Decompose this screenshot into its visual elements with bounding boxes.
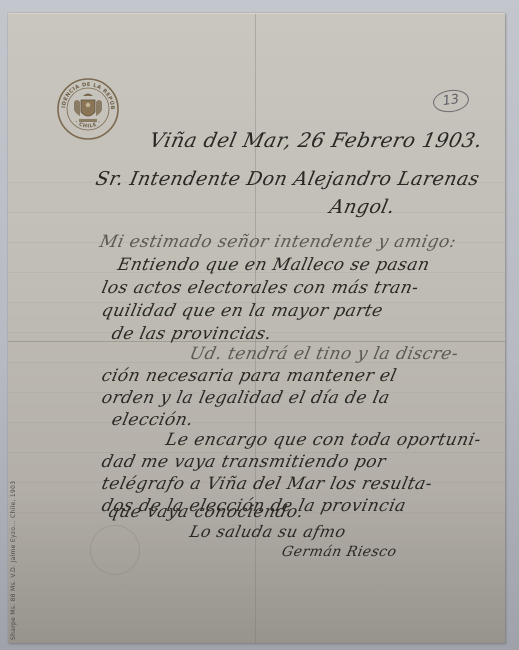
body-line: ción necesaria para mantener el — [100, 366, 399, 386]
archive-note: Sharpe Ms. 88 Ms. V.D. Jaime Eyzo... Chi… — [10, 500, 22, 640]
body-line: telégrafo a Viña del Mar los resulta- — [100, 474, 434, 494]
signature: Germán Riesco — [280, 544, 398, 560]
body-line: Entiendo que en Malleco se pasan — [116, 255, 432, 275]
closing: Lo saluda su afmo — [188, 522, 348, 541]
recipient-line-2: Angol. — [328, 196, 397, 218]
coat-of-arms-icon: PRESIDENCIA DE LA REPÚBLICA · CHILE · — [57, 78, 119, 140]
body-line: dad me vaya transmitiendo por — [100, 452, 388, 472]
body-line: orden y la legalidad el día de la — [100, 388, 392, 408]
body-line: Le encargo que con toda oportuni- — [164, 430, 483, 450]
recipient-line-1: Sr. Intendente Don Alejandro Larenas — [94, 168, 482, 190]
body-line: elección. — [110, 410, 195, 430]
presidential-seal: PRESIDENCIA DE LA REPÚBLICA · CHILE · — [57, 78, 119, 140]
ruled-line — [8, 422, 505, 423]
salutation: Mi estimado señor intendente y amigo: — [98, 232, 458, 252]
body-line: de las provincias. — [110, 324, 274, 344]
body-line: que vaya conociendo. — [106, 502, 306, 522]
body-line: Ud. tendrá el tino y la discre- — [188, 344, 460, 364]
body-line: los actos electorales con más tran- — [100, 278, 421, 298]
body-line: quilidad que en la mayor parte — [100, 301, 385, 321]
place-date: Viña del Mar, 26 Febrero 1903. — [147, 128, 484, 152]
faint-stamp — [90, 525, 140, 575]
ruled-line — [8, 212, 505, 213]
